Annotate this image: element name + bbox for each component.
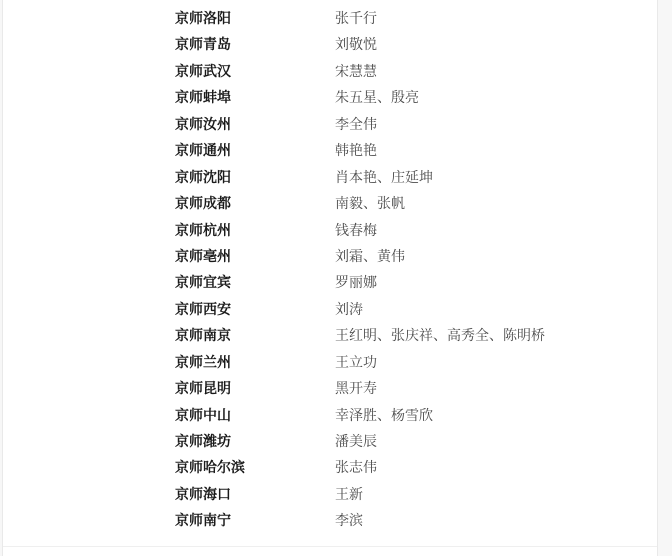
member-names: 南毅、张帆 <box>335 190 405 216</box>
branch-name: 京师通州 <box>175 137 335 163</box>
member-names: 李全伟 <box>335 111 377 137</box>
table-row: 京师武汉 宋慧慧 <box>3 58 657 84</box>
table-row: 京师汝州 李全伟 <box>3 111 657 137</box>
table-row: 京师宜宾 罗丽娜 <box>3 269 657 295</box>
member-names: 刘涛 <box>335 296 363 322</box>
table-row: 京师南京 王红明、张庆祥、高秀全、陈明桥 <box>3 322 657 348</box>
table-row: 京师洛阳 张千行 <box>3 5 657 31</box>
member-names: 王新 <box>335 481 363 507</box>
member-names: 王立功 <box>335 349 377 375</box>
branch-name: 京师沈阳 <box>175 164 335 190</box>
table-row: 京师哈尔滨 张志伟 <box>3 454 657 480</box>
table-row: 京师海口 王新 <box>3 481 657 507</box>
branch-name: 京师哈尔滨 <box>175 454 335 480</box>
branch-name: 京师南宁 <box>175 507 335 533</box>
branch-name: 京师杭州 <box>175 217 335 243</box>
branch-name: 京师武汉 <box>175 58 335 84</box>
member-names: 罗丽娜 <box>335 269 377 295</box>
branch-name: 京师洛阳 <box>175 5 335 31</box>
table-row: 京师中山 幸泽胜、杨雪欣 <box>3 402 657 428</box>
table-row: 京师昆明 黑开寿 <box>3 375 657 401</box>
table-row: 京师通州 韩艳艳 <box>3 137 657 163</box>
branch-table: 京师洛阳 张千行 京师青岛 刘敬悦 京师武汉 宋慧慧 京师蚌埠 朱五星、殷亮 京… <box>3 5 657 534</box>
content-panel: 京师洛阳 张千行 京师青岛 刘敬悦 京师武汉 宋慧慧 京师蚌埠 朱五星、殷亮 京… <box>2 0 658 556</box>
branch-name: 京师海口 <box>175 481 335 507</box>
table-row: 京师兰州 王立功 <box>3 349 657 375</box>
branch-name: 京师中山 <box>175 402 335 428</box>
branch-name: 京师昆明 <box>175 375 335 401</box>
branch-name: 京师宜宾 <box>175 269 335 295</box>
branch-name: 京师汝州 <box>175 111 335 137</box>
member-names: 韩艳艳 <box>335 137 377 163</box>
table-row: 京师西安 刘涛 <box>3 296 657 322</box>
branch-name: 京师西安 <box>175 296 335 322</box>
table-row: 京师蚌埠 朱五星、殷亮 <box>3 84 657 110</box>
member-names: 肖本艳、庄延坤 <box>335 164 433 190</box>
branch-name: 京师兰州 <box>175 349 335 375</box>
member-names: 刘霜、黄伟 <box>335 243 405 269</box>
branch-name: 京师亳州 <box>175 243 335 269</box>
member-names: 刘敬悦 <box>335 31 377 57</box>
member-names: 钱春梅 <box>335 217 377 243</box>
member-names: 潘美辰 <box>335 428 377 454</box>
branch-name: 京师青岛 <box>175 31 335 57</box>
branch-name: 京师成都 <box>175 190 335 216</box>
table-row: 京师青岛 刘敬悦 <box>3 31 657 57</box>
member-names: 王红明、张庆祥、高秀全、陈明桥 <box>335 322 545 348</box>
table-row: 京师杭州 钱春梅 <box>3 217 657 243</box>
member-names: 黑开寿 <box>335 375 377 401</box>
page: 京师洛阳 张千行 京师青岛 刘敬悦 京师武汉 宋慧慧 京师蚌埠 朱五星、殷亮 京… <box>0 0 672 556</box>
member-names: 张千行 <box>335 5 377 31</box>
bottom-divider <box>3 546 657 547</box>
member-names: 幸泽胜、杨雪欣 <box>335 402 433 428</box>
table-row: 京师亳州 刘霜、黄伟 <box>3 243 657 269</box>
member-names: 张志伟 <box>335 454 377 480</box>
table-row: 京师南宁 李滨 <box>3 507 657 533</box>
branch-name: 京师潍坊 <box>175 428 335 454</box>
branch-name: 京师南京 <box>175 322 335 348</box>
member-names: 宋慧慧 <box>335 58 377 84</box>
table-row: 京师潍坊 潘美辰 <box>3 428 657 454</box>
table-row: 京师成都 南毅、张帆 <box>3 190 657 216</box>
table-row: 京师沈阳 肖本艳、庄延坤 <box>3 164 657 190</box>
branch-name: 京师蚌埠 <box>175 84 335 110</box>
member-names: 朱五星、殷亮 <box>335 84 419 110</box>
member-names: 李滨 <box>335 507 363 533</box>
